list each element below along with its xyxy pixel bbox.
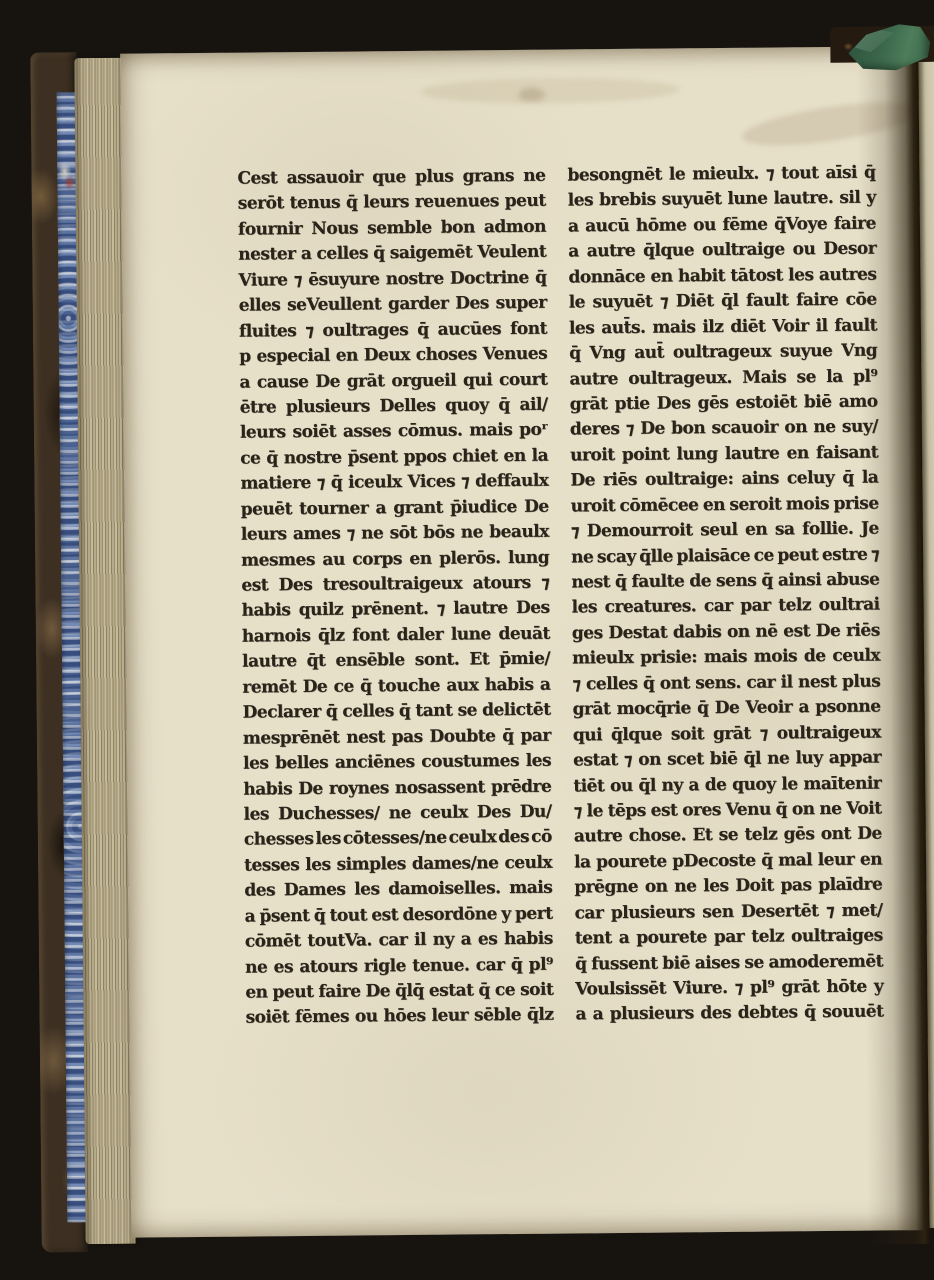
text-line: nestq̄faultedesensq̄ainsiabuse: [571, 567, 879, 595]
text-line: fournirNoussemblebonadmon: [238, 215, 546, 243]
text-line: harnoisq̄lzfontdalerlunedeuāt: [242, 622, 550, 650]
text-line: remētDeceq̄toucheauxhabisa: [242, 672, 550, 700]
text-line: prēgneonnelesDoitpasplaīdre: [574, 873, 882, 901]
text-line: acauseDegrātorgueilquicourt: [239, 367, 547, 395]
text-line: estat⁊onscetbiēq̄lneluyappar: [573, 746, 881, 774]
text-column-right: besongnētlemieulx.⁊toutaīsiq̄lesbrebissu…: [567, 160, 883, 1028]
text-line: nescayq̄lleplaisācecepeutestre⁊: [571, 542, 879, 570]
text-line: autreoultrageux.Maisselapl⁹: [569, 364, 877, 392]
text-line: ⁊cellesq̄ontsens.carilnestplus: [572, 669, 880, 697]
text-line: Viure⁊ēsuyurenostreDoctrineq̄: [238, 265, 546, 293]
text-line: aaucūhōmeoufēmeq̄Voyefaire: [568, 211, 876, 239]
text-line: donnāceenhabittātostlesautres: [568, 262, 876, 290]
text-line: enpeutfaireDeq̄lq̄estatq̄cesoit: [245, 978, 553, 1006]
text-line: nesteracellesq̄saigemētVeulent: [238, 240, 546, 268]
text-line: lescreatures.carpartelzoultrai: [571, 593, 879, 621]
text-line: fluites⁊oultragesq̄aucūesfont: [239, 316, 547, 344]
text-line: Cestassauoirqueplusgransne: [237, 164, 545, 192]
text-line: estDestresoultraigeuxatours⁊: [241, 571, 549, 599]
text-line: VoulsissētViure.⁊pl⁹grāthōtey: [575, 974, 883, 1002]
text-line: besongnētlemieulx.⁊toutaīsiq̄: [567, 160, 875, 188]
text-line: mesmesaucorpsenplerōs.lung: [241, 545, 549, 573]
text-line: habisDeroynesnosassentprēdre: [243, 774, 551, 802]
text-line: cōmēttoutVa.carilnyaeshabis: [245, 927, 553, 955]
text-line: tesseslessimplesdames/neceulx: [244, 850, 552, 878]
text-line: uroitcōmēceeenseroitmoisprise: [571, 491, 879, 519]
text-line: tentapouretepartelzoultraiges: [575, 924, 883, 952]
text-line: ceq̄nostrep̄sentpposchietenla: [240, 443, 548, 471]
open-book: Cestassauoirqueplusgransneserōttenusq̄le…: [30, 43, 934, 1252]
text-line: gesDestatdabisonnēestDeriēs: [572, 618, 880, 646]
text-line: soiētfēmesouhōesleursēbleq̄lz: [245, 1003, 553, 1031]
text-line: leurssoiētassescōmus.maispoʳ: [240, 418, 548, 446]
text-line: q̄Vngaut̄oultrageuxsuyueVng: [569, 339, 877, 367]
gutter-shadow: [856, 44, 930, 1245]
text-line: Declarerq̄cellesq̄tantsedelictēt: [242, 698, 550, 726]
text-line: serōttenusq̄leursreuenuespeut: [238, 189, 546, 217]
text-line: ⁊Demourroitseulensafollie.Je: [571, 517, 879, 545]
text-line: matiere⁊q̄iceulxVices⁊deffaulx: [240, 469, 548, 497]
book-page: Cestassauoirqueplusgransneserōttenusq̄le…: [120, 46, 923, 1238]
text-line: grātptieDesgēsestoiētbiēamo: [570, 389, 878, 417]
text-line: uroitpointlunglautreenfaisant: [570, 440, 878, 468]
text-line: ap̄sentq̄toutestdesordōneypert: [244, 901, 552, 929]
text-line: lesuyuēt⁊Diētq̄lfaultfairecōe: [569, 288, 877, 316]
text-line: autrechose.EtsetelzgēsontDe: [574, 822, 882, 850]
text-line: carplusieurssenDesertēt⁊met/: [574, 898, 882, 926]
text-line: habisquilzprēnent.⁊lautreDes: [241, 596, 549, 624]
text-line: mieulxprisie:maismoisdeceulx: [572, 644, 880, 672]
text-line: ellesseVeullentgarderDessuper: [239, 291, 547, 319]
text-line: lesbrebissuyuētlunelautre.sily: [568, 186, 876, 214]
ink-showthrough-smudge: [421, 76, 681, 104]
text-line: lesaut̄s.maisilzdiētVoirilfault: [569, 313, 877, 341]
text-line: pespecialenDeuxchosesVenues: [239, 342, 547, 370]
text-line: aautreq̄lqueoultraigeouDesor: [568, 237, 876, 265]
text-line: lautreq̄tensēblesont.Etp̄mie/: [242, 647, 550, 675]
text-line: ētreplusieursDellesquoyq̄ail/: [240, 393, 548, 421]
text-line: lesbellesanciēnescoustumesles: [243, 749, 551, 777]
text-line: chesseslescōtesses/neceulxdescō: [244, 825, 552, 853]
text-column-left: Cestassauoirqueplusgransneserōttenusq̄le…: [237, 164, 553, 1032]
text-line: grātmocq̄rieq̄DeVeoirapsonne: [572, 695, 880, 723]
text-line: leursames⁊nesōtbōsnebeaulx: [241, 520, 549, 548]
text-line: tiētouq̄lnyadequoylemaītenir: [573, 771, 881, 799]
text-line: Deriēsoultraige:ainsceluyq̄la: [570, 466, 878, 494]
text-line: lesDuchesses/neceulxDesDu/: [243, 800, 551, 828]
text-line: mesprēnētnestpasDoubteq̄par: [243, 723, 551, 751]
text-line: ⁊letēpsestoresVenuq̄onneVoit: [573, 796, 881, 824]
text-line: peuēttourneragrantp̄iudiceDe: [241, 494, 549, 522]
text-line: lapouretepDecosteq̄malleuren: [574, 847, 882, 875]
text-line: neesatoursrigletenue.carq̄pl⁹: [245, 952, 553, 980]
text-block: Cestassauoirqueplusgransneserōttenusq̄le…: [237, 160, 883, 1031]
text-line: deres⁊Debonscauoironnesuy/: [570, 415, 878, 443]
text-line: quiq̄lquesoitgrāt⁊oultraigeux: [573, 720, 881, 748]
text-line: q̄fussentbiēaisesseamoderemēt: [575, 949, 883, 977]
text-line: desDameslesdamoiselles.mais: [244, 876, 552, 904]
text-line: aaplusieursdesdebtesq̄souuēt: [575, 1000, 883, 1028]
